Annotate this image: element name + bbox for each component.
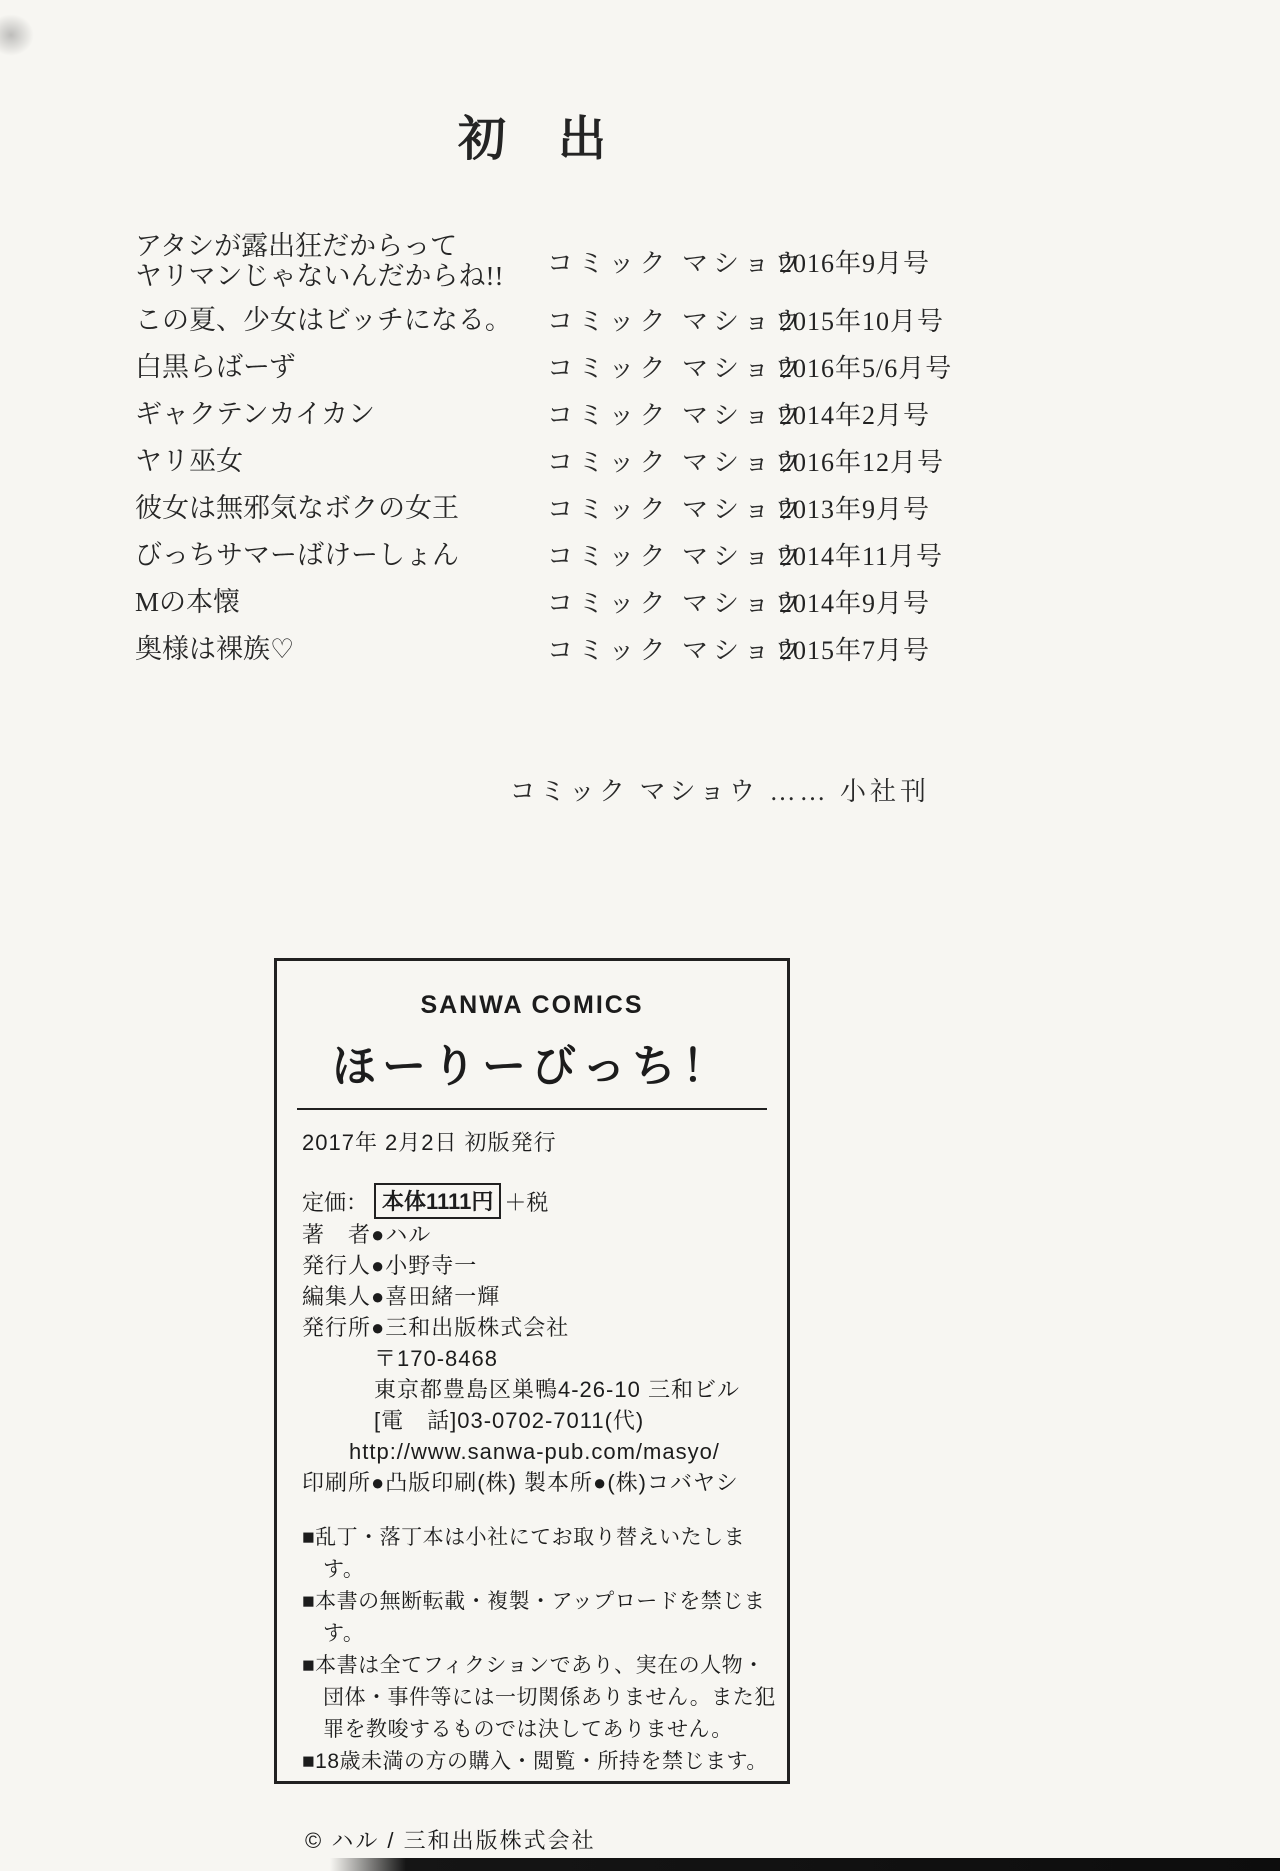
credit-issue: 2016年9月号 [779,243,1064,280]
credit-title: 彼女は無邪気なボクの女王 [135,493,547,523]
credit-magazine: コミック マショウ [547,536,779,573]
credit-row: 白黒らばーず コミック マショウ 2016年5/6月号 [135,348,1064,385]
credit-magazine: コミック マショウ [547,583,779,620]
credit-title: 奥様は裸族♡ [135,634,547,664]
price-line: 定価： 本体1111円 ＋税 [302,1183,767,1219]
credit-title: ヤリ巫女 [135,446,547,476]
credit-magazine: コミック マショウ [547,442,779,479]
credit-row: アタシが露出狂だからって ヤリマンじゃないんだからね!! コミック マショウ 2… [135,231,1064,291]
credit-title: びっちサマーばけーしょん [135,540,547,570]
scanned-page: { "page": { "title": "初出" }, "credits": … [0,0,1280,1871]
credit-row: ギャクテンカイカン コミック マショウ 2014年2月号 [135,395,1064,432]
price-tax-label: ＋税 [504,1186,548,1217]
credit-row: 奥様は裸族♡ コミック マショウ 2015年7月号 [135,630,1064,667]
scan-corner-mark [0,14,34,56]
book-title: ほーりーびっち！ [297,1030,767,1094]
title-rule [297,1108,767,1110]
credit-issue: 2013年9月号 [779,489,1064,526]
credit-issue: 2014年9月号 [779,583,1064,620]
notice-item: ■18歳未満の方の購入・閲覧・所持を禁じます。 [302,1746,780,1778]
address-line: 東京都豊島区巣鴨4-26-10 三和ビル [374,1374,767,1405]
publisher-line: 発行所●三和出版株式会社 [302,1312,767,1343]
credits-list: アタシが露出狂だからって ヤリマンじゃないんだからね!! コミック マショウ 2… [135,231,1064,667]
printer-line: 印刷所●凸版印刷(株) 製本所●(株)コバヤシ [302,1467,767,1498]
credit-title: 白黒らばーず [135,352,547,382]
credit-magazine: コミック マショウ [547,348,779,385]
price-label: 定価： [302,1186,368,1217]
credit-row: ヤリ巫女 コミック マショウ 2016年12月号 [135,442,1064,479]
notice-item: ■本書の無断転載・複製・アップロードを禁じます。 [302,1586,780,1650]
url-line: http://www.sanwa-pub.com/masyo/ [349,1436,767,1467]
credit-magazine: コミック マショウ [547,243,779,280]
credit-row: 彼女は無邪気なボクの女王 コミック マショウ 2013年9月号 [135,489,1064,526]
colophon-box: SANWA COMICS ほーりーびっち！ 2017年 2月2日 初版発行 定価… [274,958,790,1784]
credit-row: この夏、少女はビッチになる。 コミック マショウ 2015年10月号 [135,301,1064,338]
page-content: 初出 アタシが露出狂だからって ヤリマンじゃないんだからね!! コミック マショ… [0,100,1064,1784]
notice-item: ■乱丁・落丁本は小社にてお取り替えいたします。 [302,1522,780,1586]
credit-title: Mの本懐 [135,587,547,617]
credit-issue: 2014年11月号 [779,536,1064,573]
credit-title: ギャクテンカイカン [135,399,547,429]
credit-issue: 2015年10月号 [779,301,1064,338]
credit-magazine: コミック マショウ [547,395,779,432]
author-line: 著 者●ハル [302,1219,767,1250]
phone-line: [電 話]03-0702-7011(代) [374,1405,767,1436]
credit-magazine: コミック マショウ [547,630,779,667]
source-note: コミック マショウ …… 小社刊 [0,771,930,808]
credit-issue: 2016年5/6月号 [779,348,1064,385]
copyright-line: © ハル / 三和出版株式会社 [305,1824,767,1855]
series-label: SANWA COMICS [297,991,767,1020]
postal-code: 〒170-8468 [374,1343,767,1374]
notice-item: ■本書は全てフィクションであり、実在の人物・団体・事件等には一切関係ありません。… [302,1650,780,1746]
price-amount-box: 本体1111円 [374,1183,501,1219]
publisher-person-line: 発行人●小野寺一 [302,1250,767,1281]
credit-issue: 2015年7月号 [779,630,1064,667]
page-title: 初出 [0,100,1064,169]
credit-title: アタシが露出狂だからって ヤリマンじゃないんだからね!! [135,231,547,291]
credit-issue: 2014年2月号 [779,395,1064,432]
credit-issue: 2016年12月号 [779,442,1064,479]
edition-line: 2017年 2月2日 初版発行 [302,1126,767,1157]
credit-row: びっちサマーばけーしょん コミック マショウ 2014年11月号 [135,536,1064,573]
credit-magazine: コミック マショウ [547,301,779,338]
credit-title: この夏、少女はビッチになる。 [135,305,547,335]
credit-row: Mの本懐 コミック マショウ 2014年9月号 [135,583,1064,620]
credit-magazine: コミック マショウ [547,489,779,526]
notices: ■乱丁・落丁本は小社にてお取り替えいたします。 ■本書の無断転載・複製・アップロ… [302,1522,780,1778]
scan-edge-artifact [330,1858,1280,1871]
editor-line: 編集人●喜田緒一輝 [302,1281,767,1312]
